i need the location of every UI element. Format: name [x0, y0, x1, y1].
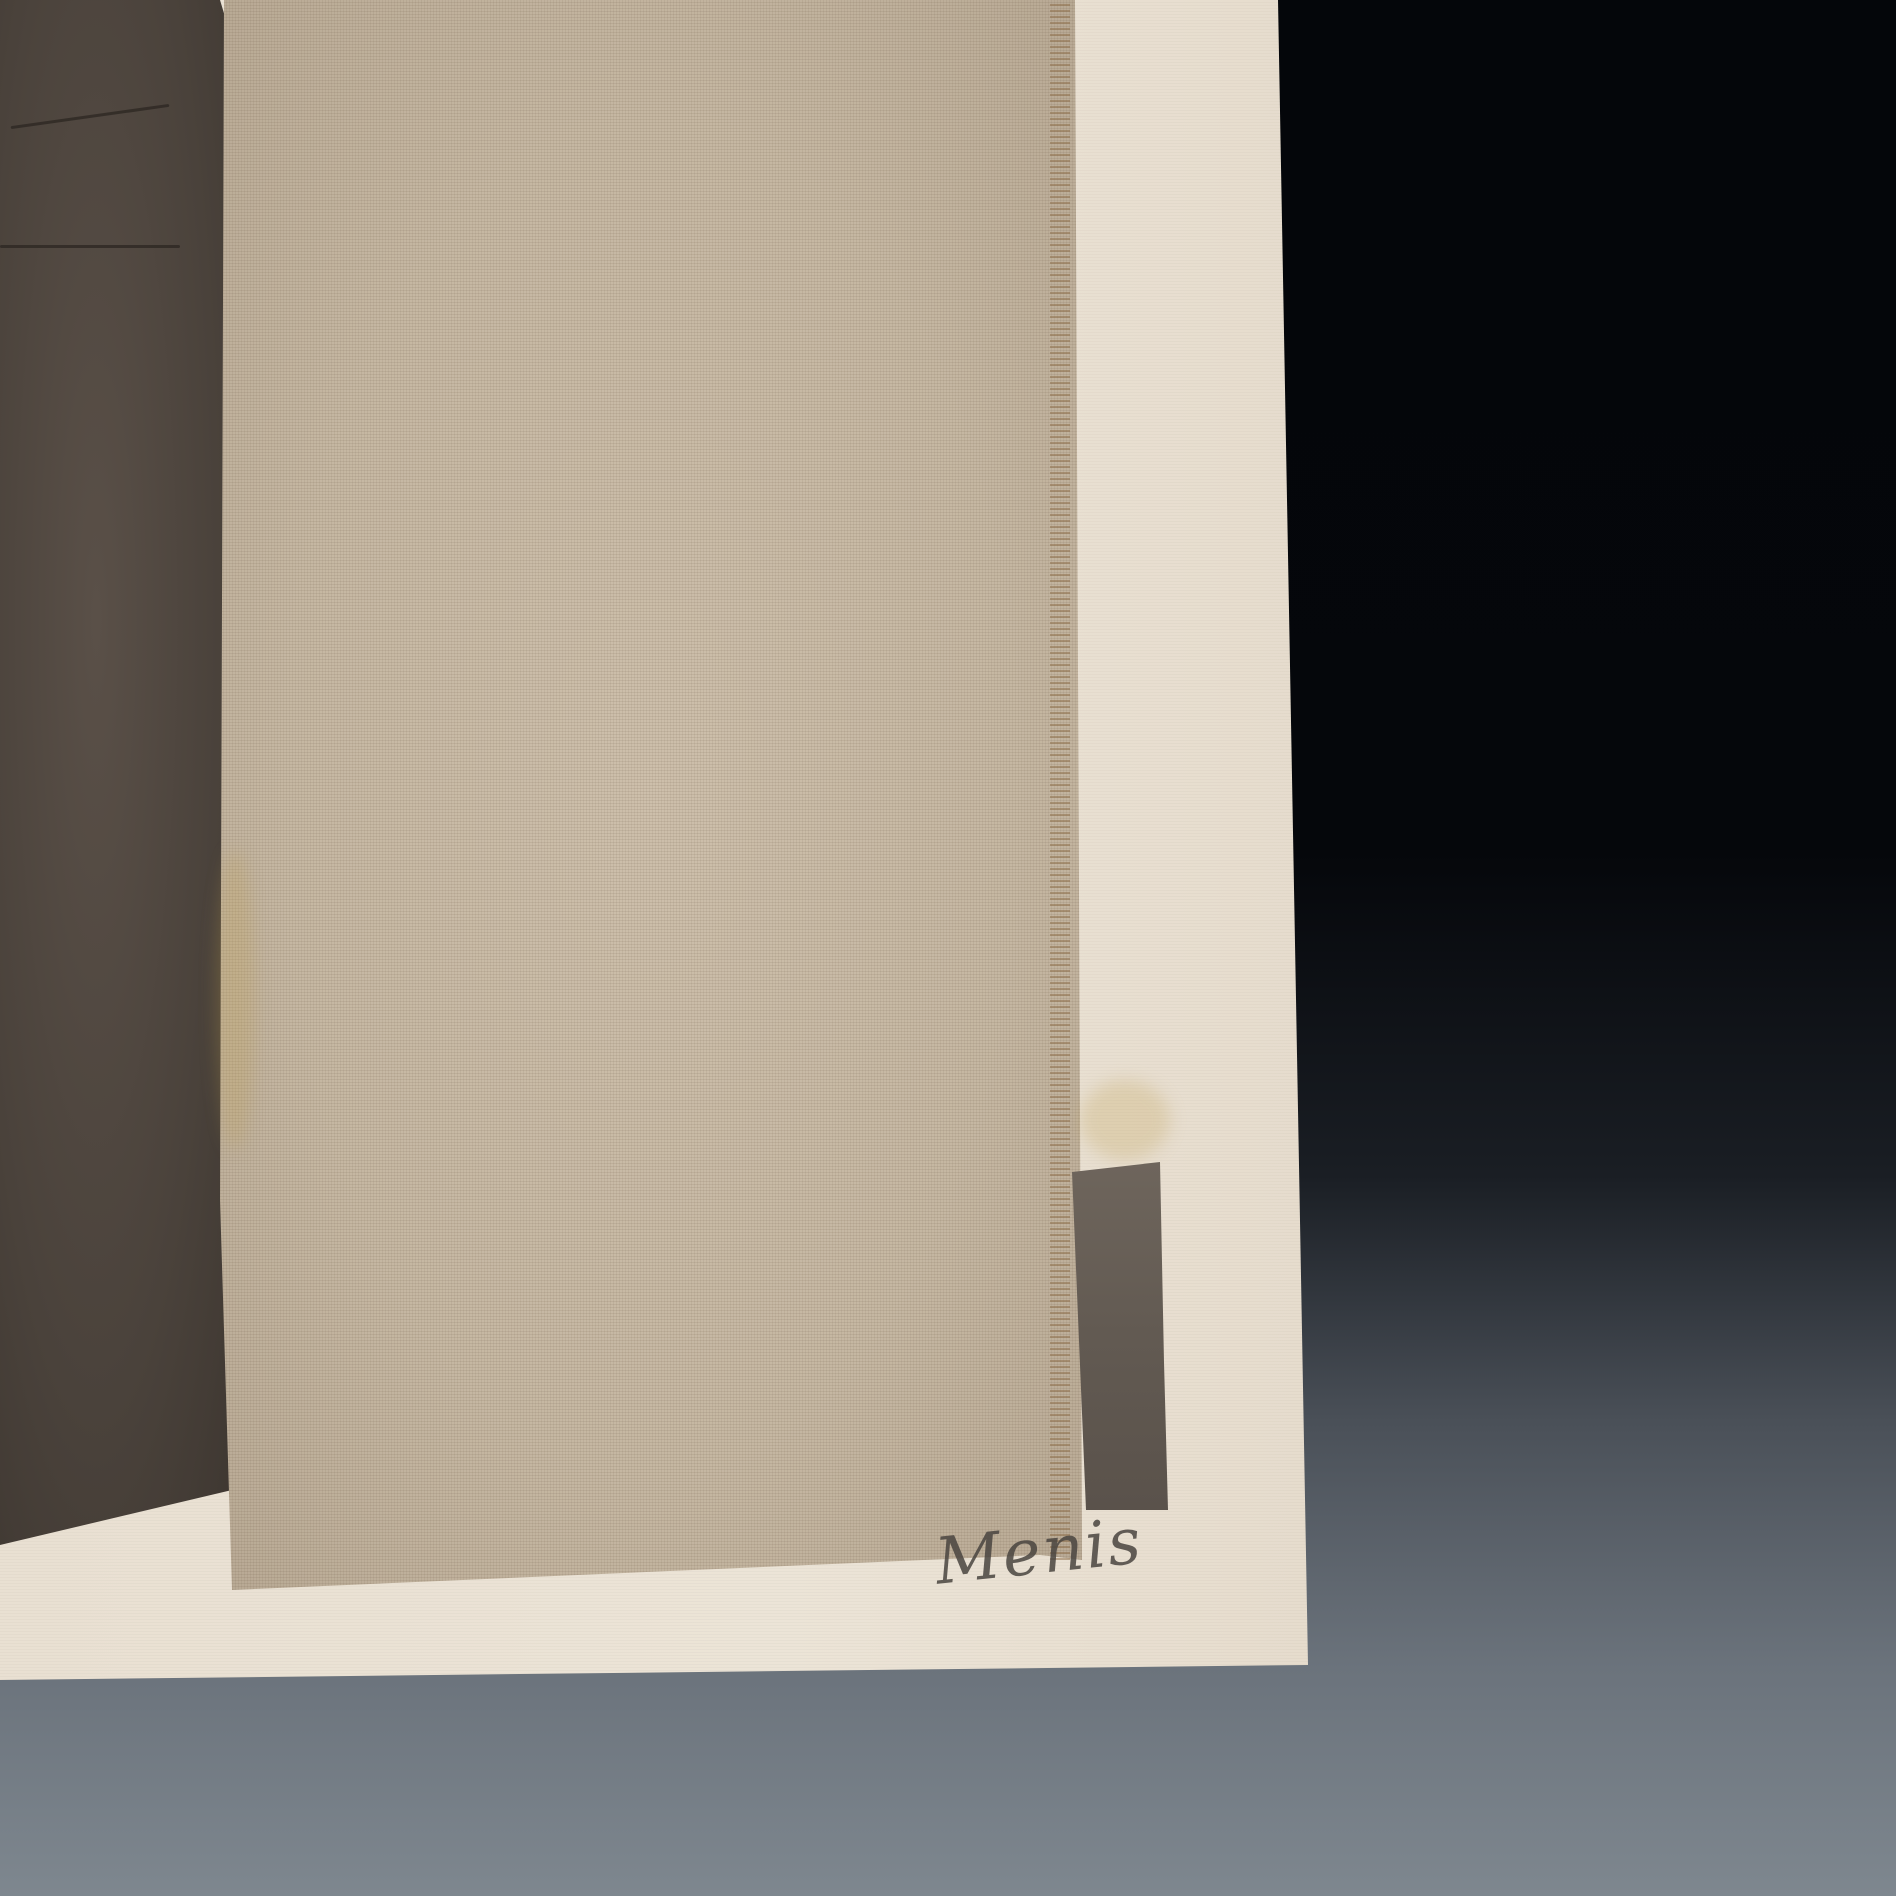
- dark-fabric-panel: [0, 0, 240, 1550]
- frayed-linen-edge: [1050, 0, 1070, 1560]
- grey-fabric-strip: [1072, 1162, 1168, 1510]
- glue-stain: [1080, 1080, 1170, 1160]
- linen-fabric-panel: [220, 0, 1082, 1590]
- fabric-crease: [0, 245, 180, 248]
- glue-stain: [215, 850, 255, 1150]
